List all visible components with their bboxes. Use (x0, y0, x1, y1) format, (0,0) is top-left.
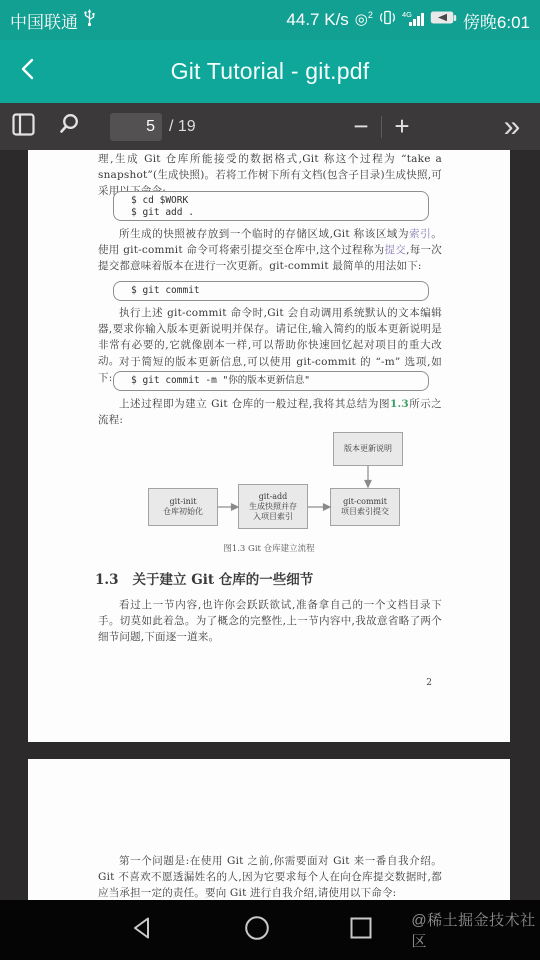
battery-icon (430, 10, 457, 30)
app-bar: Git Tutorial - git.pdf (0, 40, 540, 103)
thumbnail-panel-button[interactable] (0, 103, 46, 150)
page-number-input[interactable] (110, 113, 162, 141)
page-number-footer: 2 (426, 678, 432, 688)
paragraph: 看过上一节内容,也许你会跃跃欲试,准备拿自己的一个文档目录下手。切莫如此着急。为… (98, 597, 442, 645)
watermark-label: @稀土掘金技术社区 (411, 909, 540, 951)
nav-back-triangle-icon (129, 915, 155, 946)
more-tools-button[interactable]: » (484, 107, 540, 147)
carrier-label: 中国联通 (10, 8, 78, 33)
code-block-cd-add: $ cd $WORK $ git add . (113, 191, 429, 221)
pdf-page-2: 第一个问题是:在使用 Git 之前,你需要面对 Git 来一番自我介绍。Git … (28, 759, 510, 900)
document-title: Git Tutorial - git.pdf (0, 58, 540, 85)
status-bar: 中国联通 44.7 K/s ◎2 (0, 0, 540, 40)
nav-recents-button[interactable] (329, 900, 393, 960)
figure-caption: 图1.3 Git 仓库建立流程 (28, 542, 510, 554)
search-button[interactable] (46, 103, 92, 150)
section-heading: 1.3关于建立 Git 仓库的一些细节 (95, 568, 313, 588)
hotspot-icon: ◎2 (355, 10, 373, 28)
flow-box-git-add: git-add生成快照并存入项目索引 (238, 484, 308, 529)
zoom-out-button[interactable]: − (341, 111, 381, 142)
pdf-toolbar: / 19 − + » (0, 103, 540, 150)
pdf-viewport[interactable]: 理,生成 Git 仓库所能接受的数据格式,Git 称这个过程为 “take a … (0, 150, 540, 900)
usb-icon (83, 9, 96, 32)
nav-back-button[interactable] (110, 900, 174, 960)
network-speed: 44.7 K/s (286, 10, 348, 30)
paragraph: 上述过程即为建立 Git 仓库的一般过程,我将其总结为图1.3所示之流程: (98, 396, 442, 428)
flow-box-commit-message: 版本更新说明 (333, 432, 403, 466)
paragraph: 所生成的快照被存放到一个临时的存储区域,Git 称该区域为索引。使用 git-c… (98, 226, 442, 274)
vibrate-icon (379, 9, 396, 31)
pdf-page-1: 理,生成 Git 仓库所能接受的数据格式,Git 称这个过程为 “take a … (28, 150, 510, 742)
nav-home-circle-icon (244, 915, 270, 946)
android-nav-bar: @稀土掘金技术社区 (0, 900, 540, 960)
code-block-commit-m: $ git commit -m "你的版本更新信息" (113, 371, 429, 391)
zoom-in-button[interactable]: + (382, 111, 422, 142)
svg-text:4G: 4G (402, 10, 412, 19)
nav-home-button[interactable] (224, 900, 288, 960)
index-term-link[interactable]: 索引 (409, 228, 431, 240)
code-block-commit: $ git commit (113, 281, 429, 301)
search-icon (56, 111, 82, 142)
figure-reference-link[interactable]: 1.3 (390, 398, 409, 410)
signal-icon: 4G (402, 9, 424, 32)
side-panel-icon (11, 112, 36, 142)
nav-recents-square-icon (348, 915, 374, 946)
commit-term-link[interactable]: 提交 (384, 244, 406, 256)
flow-box-git-commit: git-commit项目索引提交 (330, 488, 400, 526)
page-count-label: / 19 (169, 118, 196, 136)
flow-box-git-init: git-init仓库初始化 (148, 488, 218, 526)
clock-label: 傍晚6:01 (463, 8, 530, 33)
paragraph: 第一个问题是:在使用 Git 之前,你需要面对 Git 来一番自我介绍。Git … (98, 853, 442, 900)
